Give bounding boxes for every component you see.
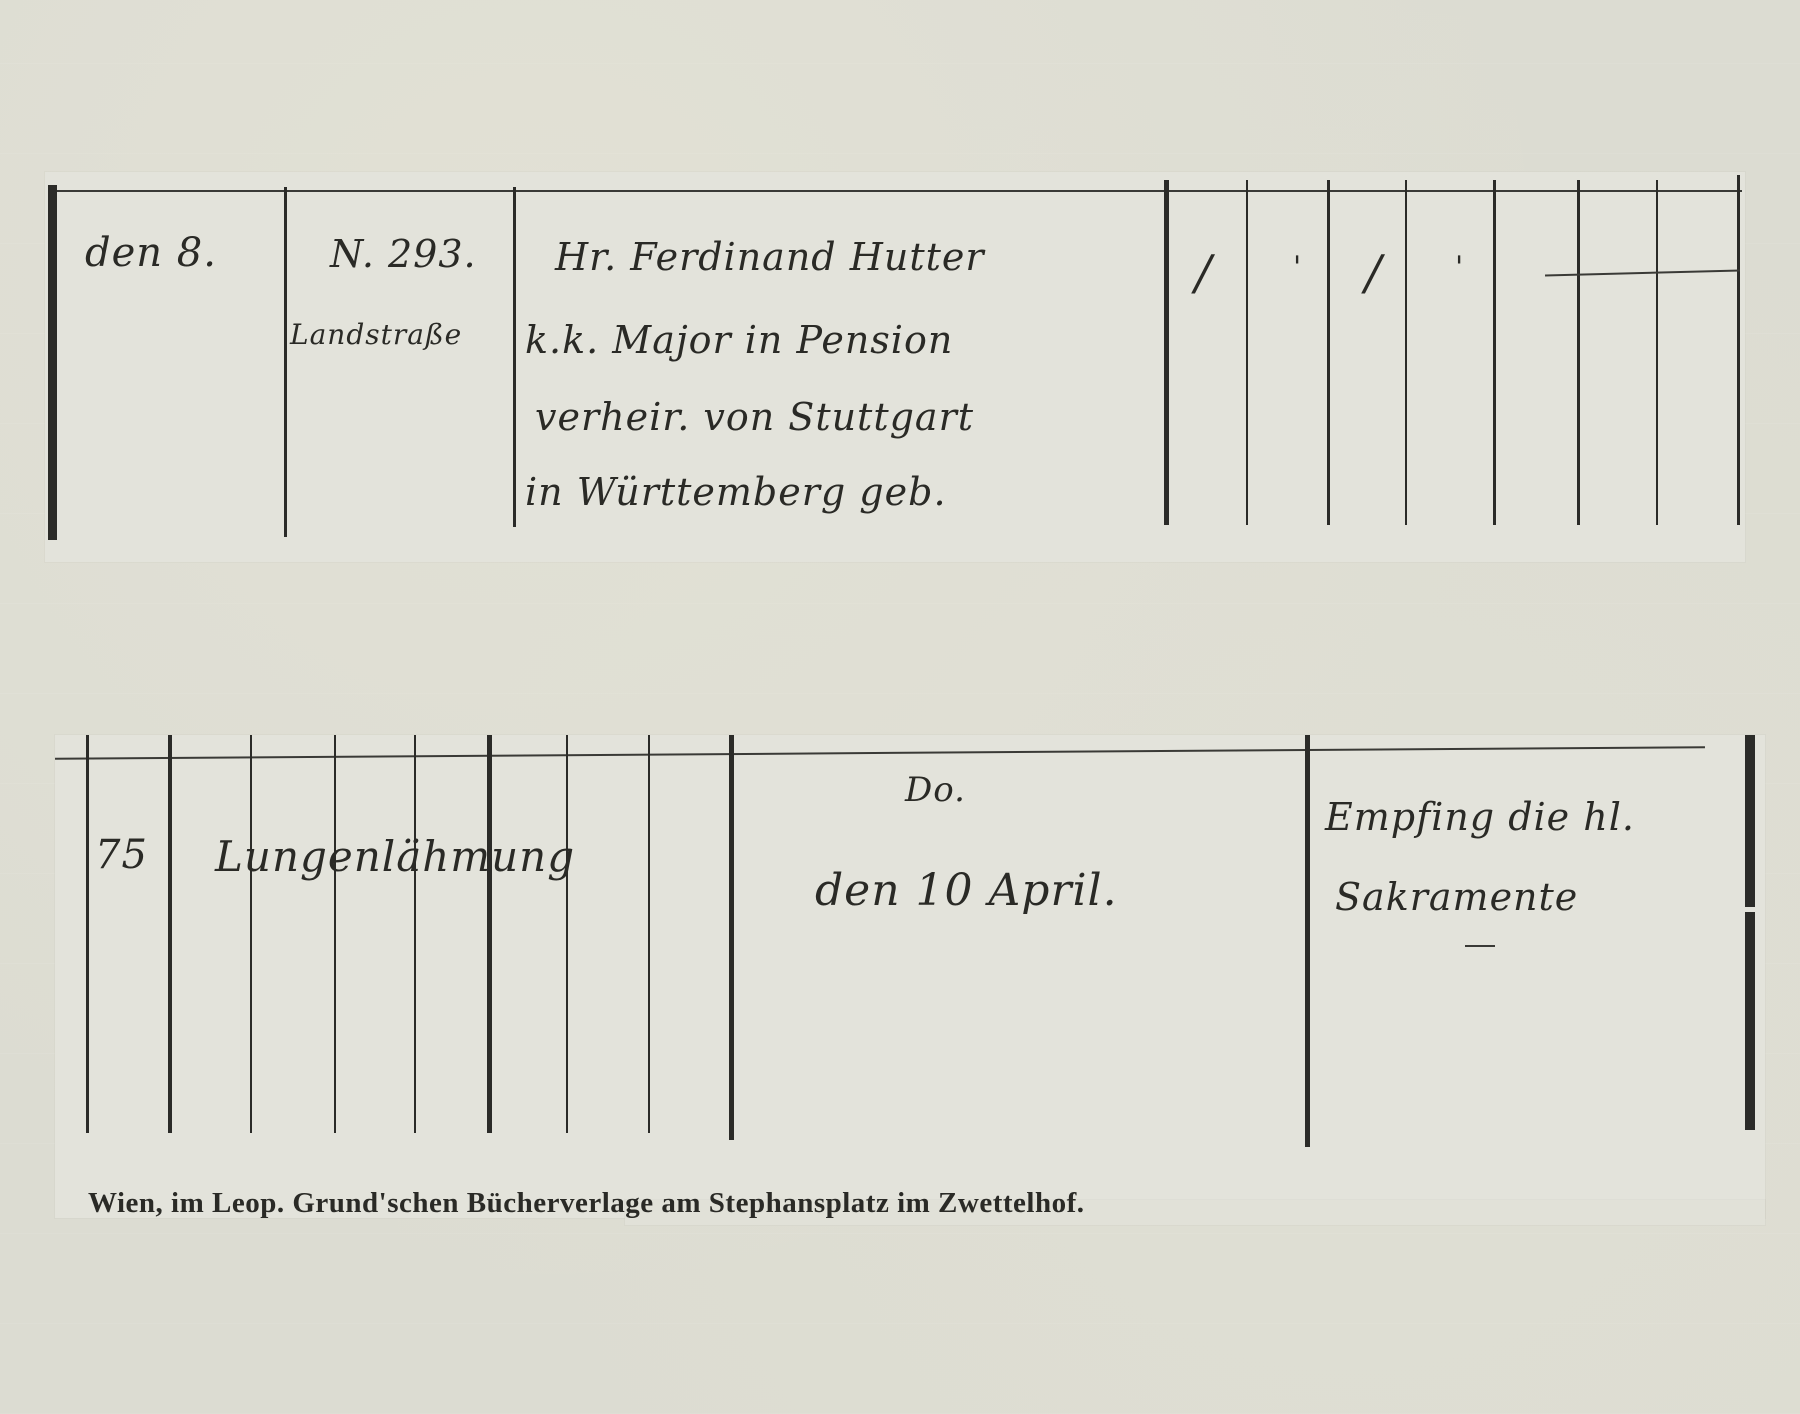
bottom-cause-of-death: Lungenlähmung [215, 832, 575, 881]
top-column-divider [1656, 180, 1658, 525]
bottom-column-divider [86, 735, 89, 1133]
top-column-divider [1493, 180, 1496, 525]
top-column-divider [1246, 180, 1248, 525]
top-day: den 8. [85, 230, 217, 276]
bottom-burial-date: den 10 April. [815, 865, 1118, 916]
tally-mark: ' [1293, 250, 1302, 285]
top-column-divider [1164, 180, 1169, 525]
top-column-divider [284, 187, 287, 537]
bottom-column-divider [414, 735, 416, 1133]
bottom-column-divider [1305, 735, 1310, 1147]
bottom-burial-prefix: Do. [905, 770, 966, 810]
top-description-line: verheir. von Stuttgart [535, 395, 974, 439]
top-column-divider [1405, 180, 1407, 525]
bottom-column-divider [487, 735, 492, 1133]
top-row-rule [52, 190, 1742, 192]
top-border-thick-left [48, 185, 57, 540]
tally-mark: / [1195, 245, 1212, 301]
bottom-column-divider [729, 735, 734, 1140]
remarks-dash [1465, 945, 1495, 947]
bottom-column-divider [334, 735, 336, 1133]
bottom-border-thick-right [1745, 735, 1755, 907]
top-column-divider [1577, 180, 1580, 525]
top-house-number: N. 293. [330, 232, 477, 276]
bottom-remarks-line: Sakramente [1335, 875, 1578, 919]
top-column-divider [1737, 175, 1740, 525]
top-description-line: in Württemberg geb. [525, 470, 947, 514]
bottom-column-divider [648, 735, 650, 1133]
top-description-line: Hr. Ferdinand Hutter [555, 235, 985, 279]
tally-mark: ' [1455, 250, 1464, 285]
bottom-remarks-line: Empfing die hl. [1325, 795, 1635, 839]
tally-mark: / [1365, 245, 1382, 301]
printer-imprint: Wien, im Leop. Grund'schen Bücherverlage… [88, 1187, 1084, 1220]
bottom-column-divider [566, 735, 568, 1133]
bottom-column-divider [168, 735, 172, 1133]
bottom-age: 75 [95, 832, 148, 878]
top-street: Landstraße [290, 318, 462, 351]
bottom-column-divider [250, 735, 252, 1133]
top-description-line: k.k. Major in Pension [525, 318, 953, 362]
bottom-border-thick-right [1745, 912, 1755, 1130]
top-column-divider [513, 187, 516, 527]
top-column-divider [1327, 180, 1330, 525]
